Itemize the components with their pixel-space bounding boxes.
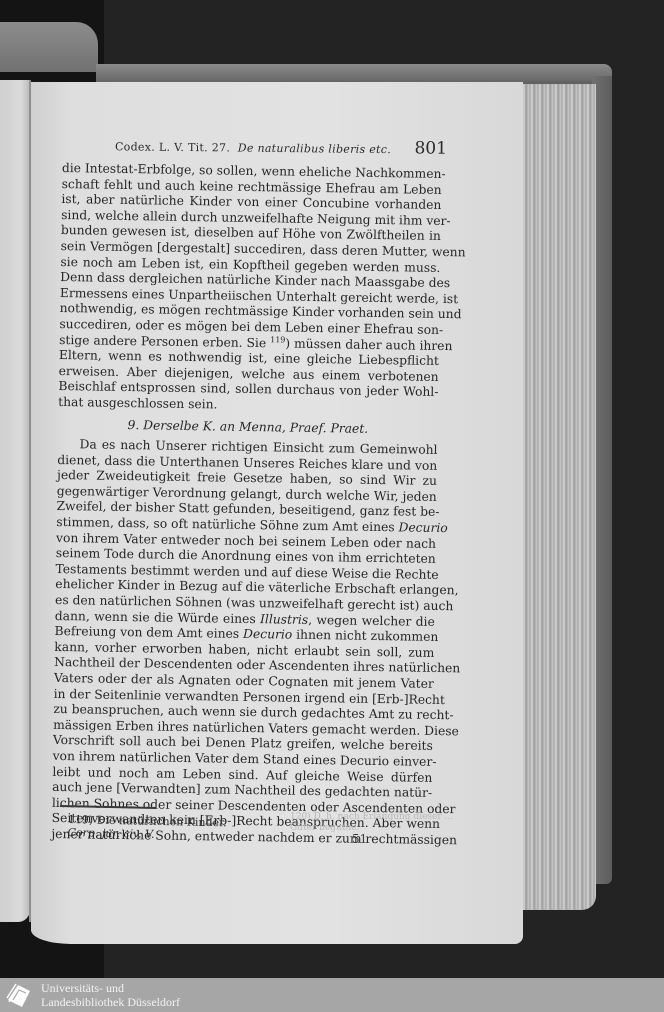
signature-mark: 51 [352, 832, 367, 846]
book-cover-left-board [0, 22, 98, 72]
page-stack-edges [520, 84, 596, 910]
text-fragment: Befreiung von dem Amt eines [55, 624, 240, 641]
left-facing-page [0, 80, 30, 922]
institution-name[interactable]: Universitäts- und Landesbibliothek Düsse… [41, 981, 180, 1009]
text-fragment: dann, wenn sie die Würde eines [55, 609, 256, 626]
text-fragment: ) müssen daher auch ihren [285, 336, 452, 353]
italic-term: Decurio [398, 520, 447, 535]
italic-term: Decurio [243, 627, 292, 642]
running-head: Codex. L. V. Tit. 27. De naturalibus lib… [115, 135, 447, 158]
footnote: 119) Die natürlichen Kinder. Corp. jur. … [67, 813, 226, 842]
body-text: die Intestat-Erbfolge, so sollen, wenn e… [51, 161, 442, 848]
bleed-through-line: Güter beguthe. [290, 823, 453, 834]
page-number: 801 [414, 138, 447, 158]
institution-line: Universitäts- und [41, 981, 180, 995]
book-logo-icon[interactable] [4, 980, 34, 1010]
text-fragment: ihnen nicht zukommen [292, 628, 438, 644]
running-head-prefix: Codex. L. V. Tit. 27. [115, 140, 230, 154]
footnote-reference: 119 [270, 335, 285, 344]
text-fragment: stige andere Personen erben. Sie [59, 333, 266, 350]
bleed-through-line: 120) D. h. nach Erlangung dieser ... [290, 812, 453, 823]
running-head-title: Codex. L. V. Tit. 27. De naturalibus lib… [115, 140, 391, 156]
running-head-italic-title: De naturalibus liberis etc. [238, 142, 391, 157]
viewer-footer: Universitäts- und Landesbibliothek Düsse… [0, 978, 664, 1012]
section-heading: 9. Derselbe K. an Menna, Praef. Praet. [58, 416, 438, 438]
institution-line: Landesbibliothek Düsseldorf [41, 995, 180, 1009]
text-fragment: , wegen welcher die [308, 613, 435, 629]
bleed-through-text: 120) D. h. nach Erlangung dieser ... Güt… [290, 812, 453, 834]
italic-term: Illustris [260, 612, 308, 627]
